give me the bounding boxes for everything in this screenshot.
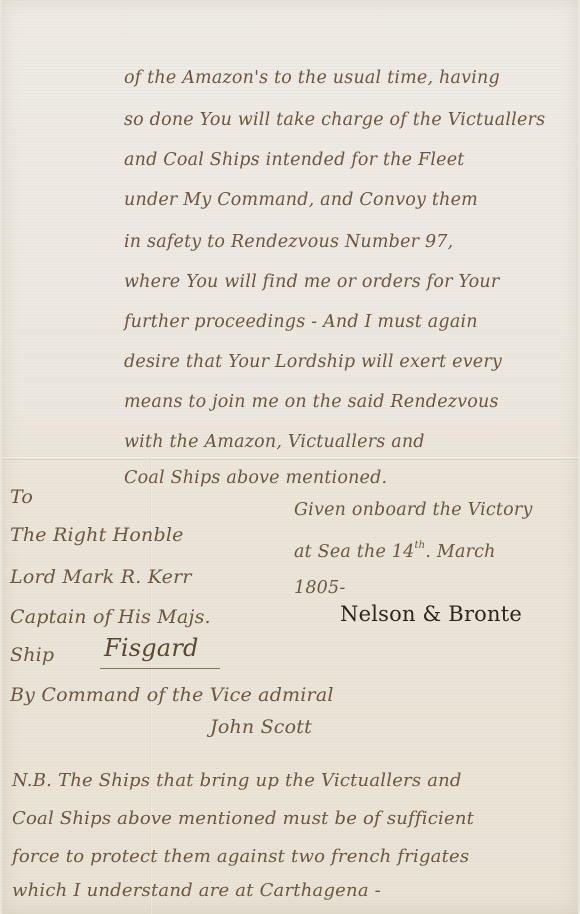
body-line: so done You will take charge of the Vict… xyxy=(124,110,545,130)
given-onboard-line: Given onboard the Victory xyxy=(294,500,533,520)
body-line: of the Amazon's to the usual time, havin… xyxy=(124,68,500,88)
given-year: 1805- xyxy=(294,578,345,598)
by-command-line: By Command of the Vice admiral xyxy=(10,684,334,706)
body-line: further proceedings - And I must again xyxy=(124,312,478,332)
secretary-signature: John Scott xyxy=(210,716,312,738)
postscript-line: which I understand are at Carthagena - xyxy=(12,880,381,901)
date-ordinal: th xyxy=(414,540,425,551)
body-line: desire that Your Lordship will exert eve… xyxy=(124,352,502,372)
body-line: and Coal Ships intended for the Fleet xyxy=(124,150,465,170)
horizontal-fold-line xyxy=(2,457,578,460)
addressee-line: The Right Honble xyxy=(10,524,184,546)
body-line: in safety to Rendezvous Number 97, xyxy=(124,232,453,252)
body-line: means to join me on the said Rendezvous xyxy=(124,392,499,412)
body-line: where You will find me or orders for You… xyxy=(124,272,499,292)
given-date-line: at Sea the 14th. March xyxy=(294,540,496,562)
postscript-line: force to protect them against two french… xyxy=(12,846,469,867)
body-line: under My Command, and Convoy them xyxy=(124,190,478,210)
postscript-line: N.B. The Ships that bring up the Victual… xyxy=(12,770,462,791)
ship-name-underline xyxy=(100,668,220,669)
nelson-signature: Nelson & Bronte xyxy=(340,602,522,626)
postscript-line: Coal Ships above mentioned must be of su… xyxy=(12,808,474,829)
addressee-line: Ship xyxy=(10,644,54,666)
addressee-line: Lord Mark R. Kerr xyxy=(10,566,192,588)
addressee-line: Captain of His Majs. xyxy=(10,606,211,628)
ship-name: Fisgard xyxy=(104,634,199,662)
date-month: . March xyxy=(425,542,495,562)
date-prefix: at Sea the 14 xyxy=(294,542,414,562)
body-line: Coal Ships above mentioned. xyxy=(124,468,387,488)
body-line: with the Amazon, Victuallers and xyxy=(124,432,425,452)
addressee-to: To xyxy=(10,486,33,508)
letter-page: of the Amazon's to the usual time, havin… xyxy=(2,0,578,914)
